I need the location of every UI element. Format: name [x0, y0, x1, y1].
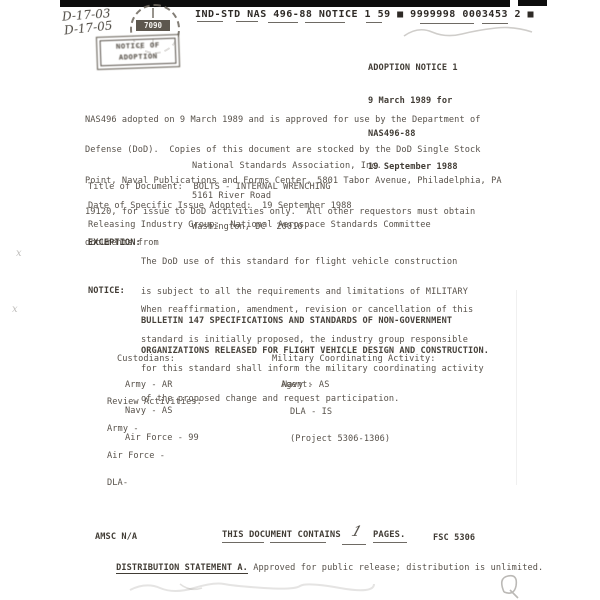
- handwritten-page-count: 1: [349, 524, 363, 540]
- review-dla: DLA-: [107, 479, 202, 488]
- review-activities-label: Review Activities:: [107, 398, 202, 407]
- handwriting-smudge-bottom: [120, 572, 540, 600]
- exception-line: The DoD use of this standard for flight …: [141, 258, 489, 268]
- stamp-tick-top: [152, 8, 154, 18]
- custodians-label: Custodians:: [117, 355, 199, 364]
- stamp-number: 7090: [136, 20, 170, 31]
- scan-edge-bar: [60, 0, 510, 7]
- exception-label: EXCEPTION:: [88, 238, 141, 248]
- address-org: National Standards Association, Inc.: [192, 161, 382, 171]
- adoption-stamp-line2: ADOPTION: [101, 50, 175, 64]
- date-adopted-line: Date of Specific Issue Adopted: 19 Septe…: [88, 201, 352, 211]
- document-code-line: IND-STD NAS 496-88 NOTICE 1 59 ■ 9999998…: [195, 9, 534, 20]
- title-of-document-line: Title of Document: BOLTS - INTERNAL WREN…: [88, 182, 331, 192]
- releasing-group-line: Releasing Industry Group: National Aeros…: [88, 220, 431, 230]
- amsc-code: AMSC N/A: [95, 532, 137, 542]
- margin-mark: x: [16, 248, 22, 259]
- agent-project: (Project 5306-1306): [281, 435, 390, 444]
- fsc-code: FSC 5306: [433, 533, 475, 543]
- agent-dla: DLA - IS: [281, 408, 390, 417]
- scan-edge-bar-right: [518, 0, 547, 6]
- pages-label: PAGES.: [373, 530, 405, 540]
- fold-line: [516, 290, 517, 485]
- adoption-notice-title: ADOPTION NOTICE 1: [368, 63, 458, 74]
- notice-label: NOTICE:: [88, 286, 125, 296]
- review-army: Army -: [107, 425, 202, 434]
- document-contains-label: THIS DOCUMENT CONTAINS: [222, 530, 341, 540]
- agent-label: Agent:: [281, 381, 390, 390]
- scanned-document-page: D-17-03 D-17-05 7090 NOTICE OF ADOPTION …: [0, 0, 600, 600]
- intro-line: NAS496 adopted on 9 March 1989 and is ap…: [85, 115, 502, 125]
- review-air-force: Air Force -: [107, 452, 202, 461]
- notice-line: When reaffirmation, amendment, revision …: [141, 306, 484, 316]
- margin-mark: x: [12, 304, 18, 315]
